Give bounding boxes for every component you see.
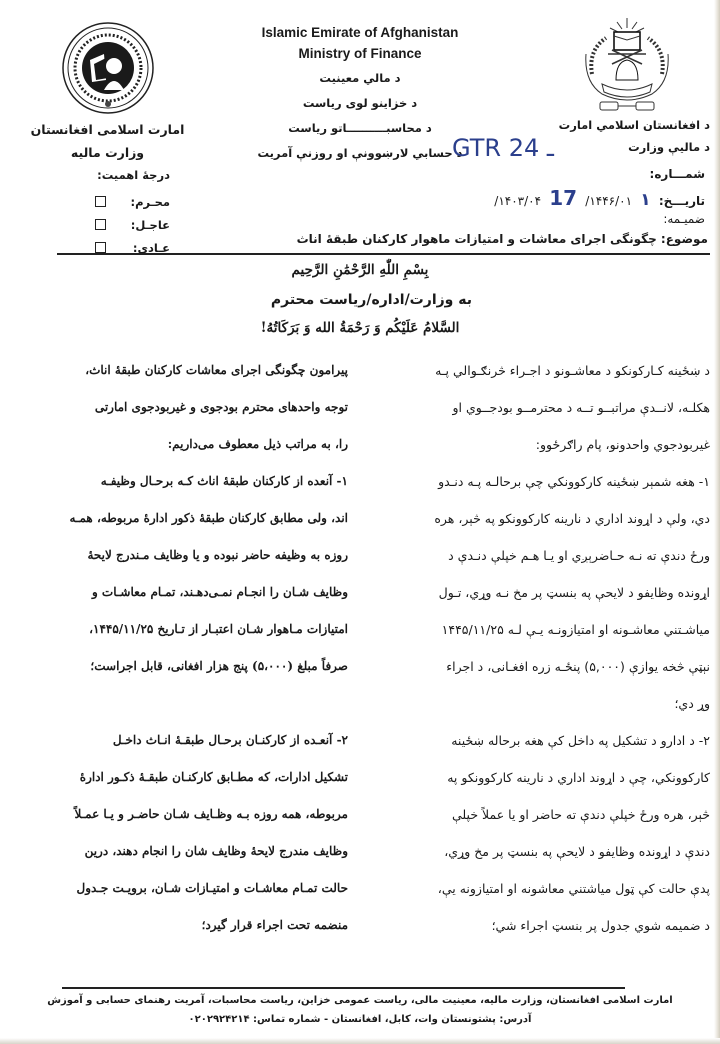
pashto-line: پدې حالت کې ټول مياشتني معاشونه او امتيا… [358, 870, 710, 907]
islamic-emirate-coat-of-arms-icon [572, 14, 682, 114]
priority-heading: درجهٔ اهمیت: [55, 168, 170, 190]
dari-column: پیرامون چگونگی اجرای معاشات کارکنان طبقه… [68, 352, 348, 944]
left-letterhead: امارت اسلامی افغانستان وزارت مالیه [20, 20, 195, 160]
dari-line: مربوطه، همه روزه بـه وظـایف شـان حاضـر و… [68, 796, 348, 833]
basmala: بِسْمِ اللّٰهِ الرَّحْمَٰنِ الرَّحِيم [0, 262, 720, 278]
urgent-checkbox[interactable] [95, 219, 106, 230]
dari-line: وظایف شـان را انجـام نمـی‌دهـند، تمـام م… [68, 574, 348, 611]
english-title-emirate: Islamic Emirate of Afghanistan [238, 22, 482, 43]
right-letterhead: د افغانستان اسلامي امارت د ماليې وزارت [500, 14, 710, 154]
date-hijri-lunar: ۱۴۴۶/۰۱/ [585, 194, 632, 208]
date-label: تاريـــخ: [659, 194, 705, 208]
priority-label: محـرم: [122, 195, 170, 209]
dept-line-guidance: د حسابي لارښوونې او روزنې آمريت [238, 141, 482, 166]
dari-line: را، به مراتب ذیل معطوف می‌داریم: [68, 426, 348, 463]
dept-line-treasury: د خزاينو لوی رياست [238, 91, 482, 116]
date-handwritten-mid: 17 [549, 186, 577, 210]
date-hijri-solar: ۱۴۰۳/۰۴/ [494, 194, 541, 208]
pashto-line: اړونده وظايفو د لايحې په بنسټ پر مخ نـه … [358, 574, 710, 611]
pashto-line: هکلـه، لانــدې مراتبــو تــه د محترمــو … [358, 389, 710, 426]
center-letterhead: Islamic Emirate of Afghanistan Ministry … [238, 22, 482, 166]
pashto-line: دندې د اړونده وظايفو د لايحې په بنسټ پر … [358, 833, 710, 870]
date-field: تاريـــخ: ۱ ۱۴۴۶/۰۱/ 17 ۱۴۰۳/۰۴/ [365, 186, 705, 210]
pashto-line: وړ دي؛ [358, 685, 710, 722]
ministry-of-finance-seal-icon [60, 20, 156, 116]
greeting: السَّلامُ عَلَيْكُم وَ رَحْمَةُ الله وَ … [0, 320, 720, 336]
subject-label: موضوع: [661, 232, 708, 246]
dari-line: ۱- آنعده از کارکنان طبقهٔ اناث کـه برحـا… [68, 463, 348, 500]
handwritten-reference: GTR ـ 24 [452, 134, 554, 162]
pashto-line: د ضميمه شوي جدول پر بنسټ اجراء شي؛ [358, 907, 710, 944]
pashto-line: مياشـتني معاشـونه او امتيازونـه يـې لـه … [358, 611, 710, 648]
normal-checkbox[interactable] [95, 242, 106, 253]
dari-line: توجه واحدهای محترم بودجوی و غیربودجوی ام… [68, 389, 348, 426]
priority-confidential[interactable]: محـرم: [55, 190, 170, 213]
number-field: شمـــاره: [365, 167, 705, 181]
pashto-line: ورځ دندې ته نـه حـاضرېږي او يـا هـم خپلې… [358, 537, 710, 574]
priority-urgent[interactable]: عاجـل: [55, 213, 170, 236]
pashto-line: د ښځينه کـارکونکو د معاشـونو د اجـراء څر… [358, 352, 710, 389]
dari-line: روزه به وظیفه حاضر نبوده و یا وظایف مـند… [68, 537, 348, 574]
pashto-line: ۱- هغه شمېر ښځينه کارکوونکي چې برحالـه پ… [358, 463, 710, 500]
pashto-line: نېټې څخه يوازې (۵,۰۰۰) پنځـه زره افغـانی… [358, 648, 710, 685]
pashto-line: څېر، هره ورځ خپلې دندې ته حاضر او يا عمل… [358, 796, 710, 833]
pashto-line: دي، ولې د اړوند اداري د نارينه کارکوونکو… [358, 500, 710, 537]
dari-line: ۲- آنعـده از کارکنـان برحـال طبقـهٔ انـا… [68, 722, 348, 759]
dari-line: پیرامون چگونگی اجرای معاشات کارکنان طبقه… [68, 352, 348, 389]
footer-organization: امارت اسلامی افغانستان، وزارت مالیه، معی… [0, 995, 720, 1006]
addressee: به وزارت/اداره/ریاست محترم [271, 292, 472, 308]
footer-divider [62, 987, 625, 989]
pashto-line: کارکوونکي، چې د اړوند اداري د نارينه کار… [358, 759, 710, 796]
subject-text: چگونگی اجرای معاشات و امتیازات ماهوار کا… [297, 232, 657, 246]
english-title-ministry: Ministry of Finance [238, 43, 482, 64]
subject-line: موضوع: چگونگی اجرای معاشات و امتیازات ما… [297, 232, 708, 246]
date-handwritten-day: ۱ [640, 190, 650, 210]
pashto-column: د ښځينه کـارکونکو د معاشـونو د اجـراء څر… [358, 352, 710, 944]
left-emirate-title: امارت اسلامی افغانستان [20, 122, 195, 137]
footer-address: آدرس: پشتونستان وات، کابل، افغانستان - ش… [0, 1014, 720, 1025]
attachment-label: ضميـمه: [663, 212, 705, 226]
dept-line-finance-deputy: د مالي معينيت [238, 66, 482, 91]
pashto-line: غيربودجوي واحدونو، پام راګرځوو: [358, 426, 710, 463]
dept-line-accounting: د محاسبــــــــــاتو رياست [238, 116, 482, 141]
priority-normal[interactable]: عـادی: [55, 236, 170, 259]
attachment-field: ضميـمه: [365, 212, 705, 226]
dari-line: تشکیل ادارات، که مطـابق کارکنـان طبقـهٔ … [68, 759, 348, 796]
pashto-line: ۲- د ادارو د تشکيل په داخل کې هغه برحاله… [358, 722, 710, 759]
dari-line: اند، ولی مطابق کارکنان طبقهٔ ذکور ادارهٔ… [68, 500, 348, 537]
confidential-checkbox[interactable] [95, 196, 106, 207]
priority-label: عاجـل: [122, 218, 170, 232]
dari-line: صرفاً مبلغ (۵،۰۰۰) پنج هزار افغانی، قابل… [68, 648, 348, 685]
priority-section: درجهٔ اهمیت: محـرم: عاجـل: عـادی: [55, 168, 170, 259]
dari-line: وظایف مندرج لایحهٔ وظایف شان را انجام ده… [68, 833, 348, 870]
dari-line: امتیازات مـاهوار شـان اعتبـار از تـاریخ … [68, 611, 348, 648]
dari-line [68, 685, 348, 722]
header-divider [57, 253, 710, 255]
page-edge-shadow [714, 0, 720, 1044]
dari-line: حالت تمـام معاشـات و امتیـازات شـان، برو… [68, 870, 348, 907]
dari-line: منضمه تحت اجراء قرار گیرد؛ [68, 907, 348, 944]
page-bottom-shadow [0, 1038, 720, 1044]
number-label: شمـــاره: [650, 167, 705, 181]
right-emirate-title: د افغانستان اسلامي امارت [500, 118, 710, 132]
left-ministry-title: وزارت مالیه [20, 145, 195, 160]
